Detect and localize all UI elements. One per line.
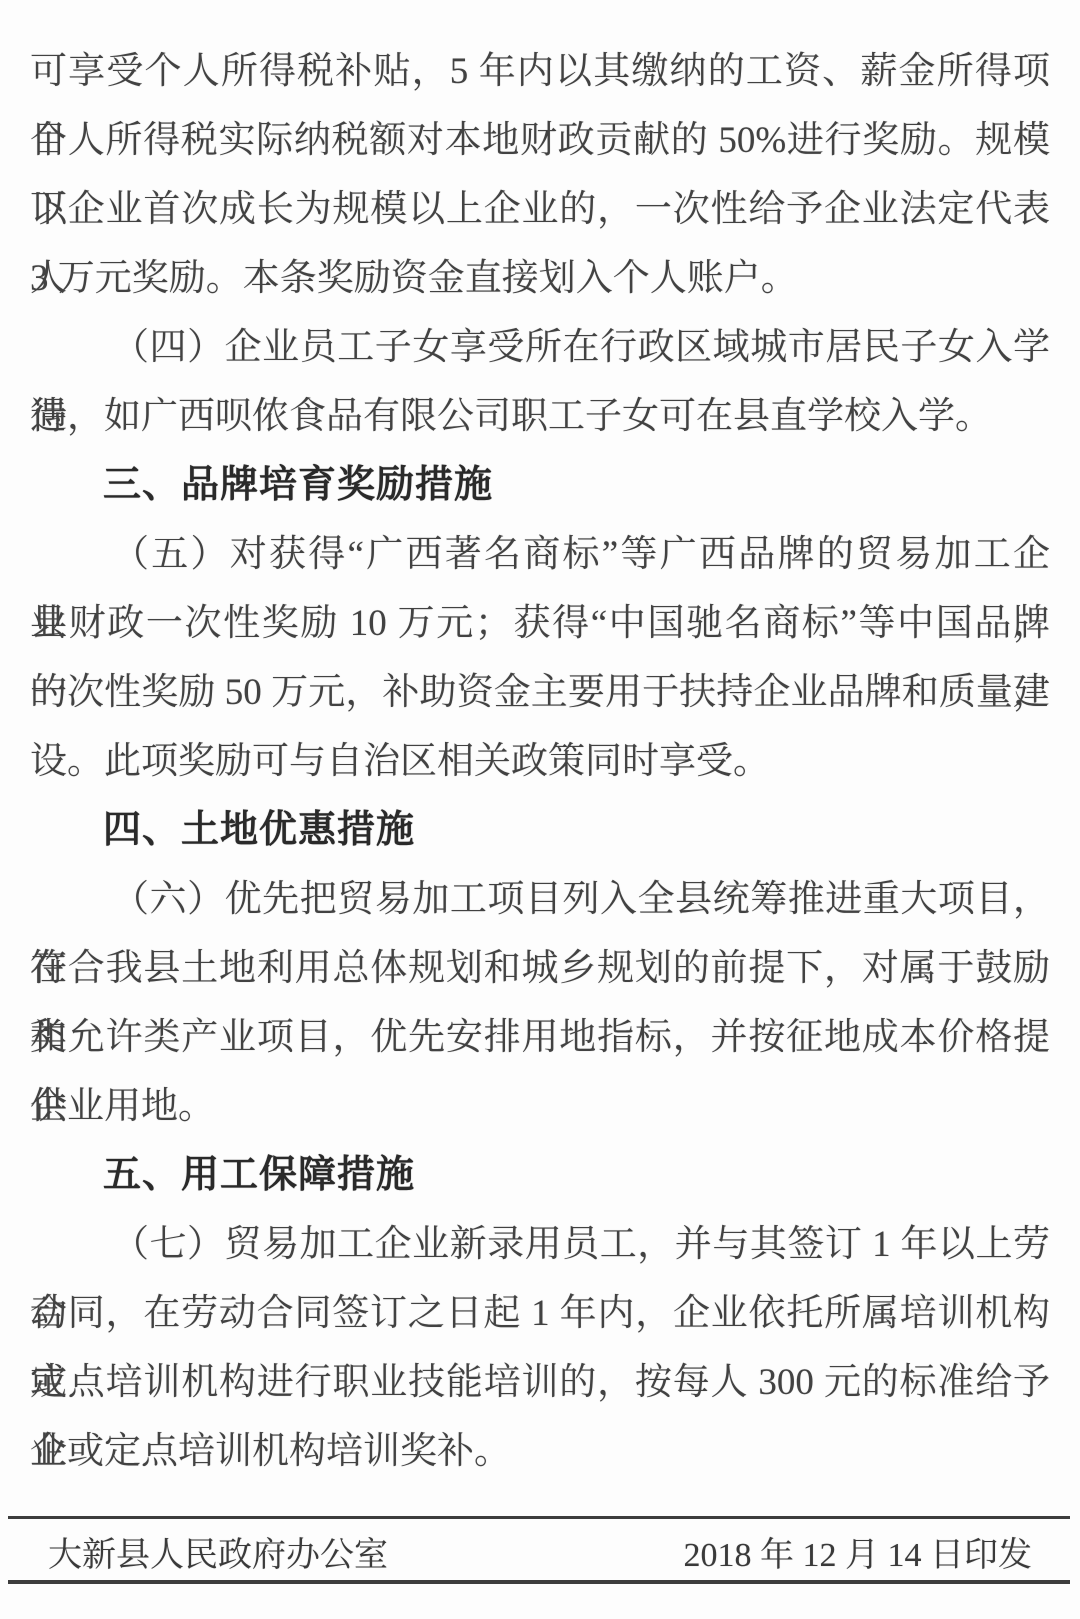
text-line: 定点培训机构进行职业技能培训的，按每人 300 元的标准给予企 — [30, 1348, 1050, 1417]
section-heading: 五、用工保障措施 — [30, 1141, 1050, 1210]
text-line: （五）对获得“广西著名商标”等广西品牌的贸易加工企业， — [30, 520, 1050, 589]
text-line: 可享受个人所得税补贴，5 年内以其缴纳的工资、薪金所得项目 — [30, 37, 1050, 106]
footer-issuing-office: 大新县人民政府办公室 — [48, 1527, 388, 1576]
section-heading: 三、品牌培育奖励措施 — [30, 451, 1050, 520]
text-line: 3 万元奖励。本条奖励资金直接划入个人账户。 — [30, 244, 1050, 313]
section-heading: 四、土地优惠措施 — [30, 796, 1050, 865]
text-line: （七）贸易加工企业新录用员工，并与其签订 1 年以上劳动 — [30, 1210, 1050, 1279]
document-body: 可享受个人所得税补贴，5 年内以其缴纳的工资、薪金所得项目 个人所得税实际纳税额… — [30, 37, 1050, 1486]
document-page: 可享受个人所得税补贴，5 年内以其缴纳的工资、薪金所得项目 个人所得税实际纳税额… — [0, 0, 1080, 1619]
text-line: 县财政一次性奖励 10 万元；获得“中国驰名商标”等中国品牌的， — [30, 589, 1050, 658]
text-line: （六）优先把贸易加工项目列入全县统筹推进重大项目，在 — [30, 865, 1050, 934]
footer-rule-bottom — [8, 1580, 1070, 1584]
text-line: 企业用地。 — [30, 1072, 1050, 1141]
text-line: 设。此项奖励可与自治区相关政策同时享受。 — [30, 727, 1050, 796]
text-line: 符合我县土地利用总体规划和城乡规划的前提下，对属于鼓励类 — [30, 934, 1050, 1003]
text-line: 遇，如广西呗侬食品有限公司职工子女可在县直学校入学。 — [30, 382, 1050, 451]
text-line: 和允许类产业项目，优先安排用地指标，并按征地成本价格提供 — [30, 1003, 1050, 1072]
text-line: 一次性奖励 50 万元，补助资金主要用于扶持企业品牌和质量建 — [30, 658, 1050, 727]
footer: 大新县人民政府办公室 2018 年 12 月 14 日印发 — [8, 1524, 1070, 1578]
text-line: （四）企业员工子女享受所在行政区域城市居民子女入学待 — [30, 313, 1050, 382]
footer-rule-top — [8, 1516, 1070, 1519]
text-line: 个人所得税实际纳税额对本地财政贡献的 50%进行奖励。规模以 — [30, 106, 1050, 175]
text-line: 合同，在劳动合同签订之日起 1 年内，企业依托所属培训机构或 — [30, 1279, 1050, 1348]
text-line: 业或定点培训机构培训奖补。 — [30, 1417, 1050, 1486]
footer-print-date: 2018 年 12 月 14 日印发 — [684, 1527, 1033, 1576]
text-line: 下企业首次成长为规模以上企业的，一次性给予企业法定代表人 — [30, 175, 1050, 244]
